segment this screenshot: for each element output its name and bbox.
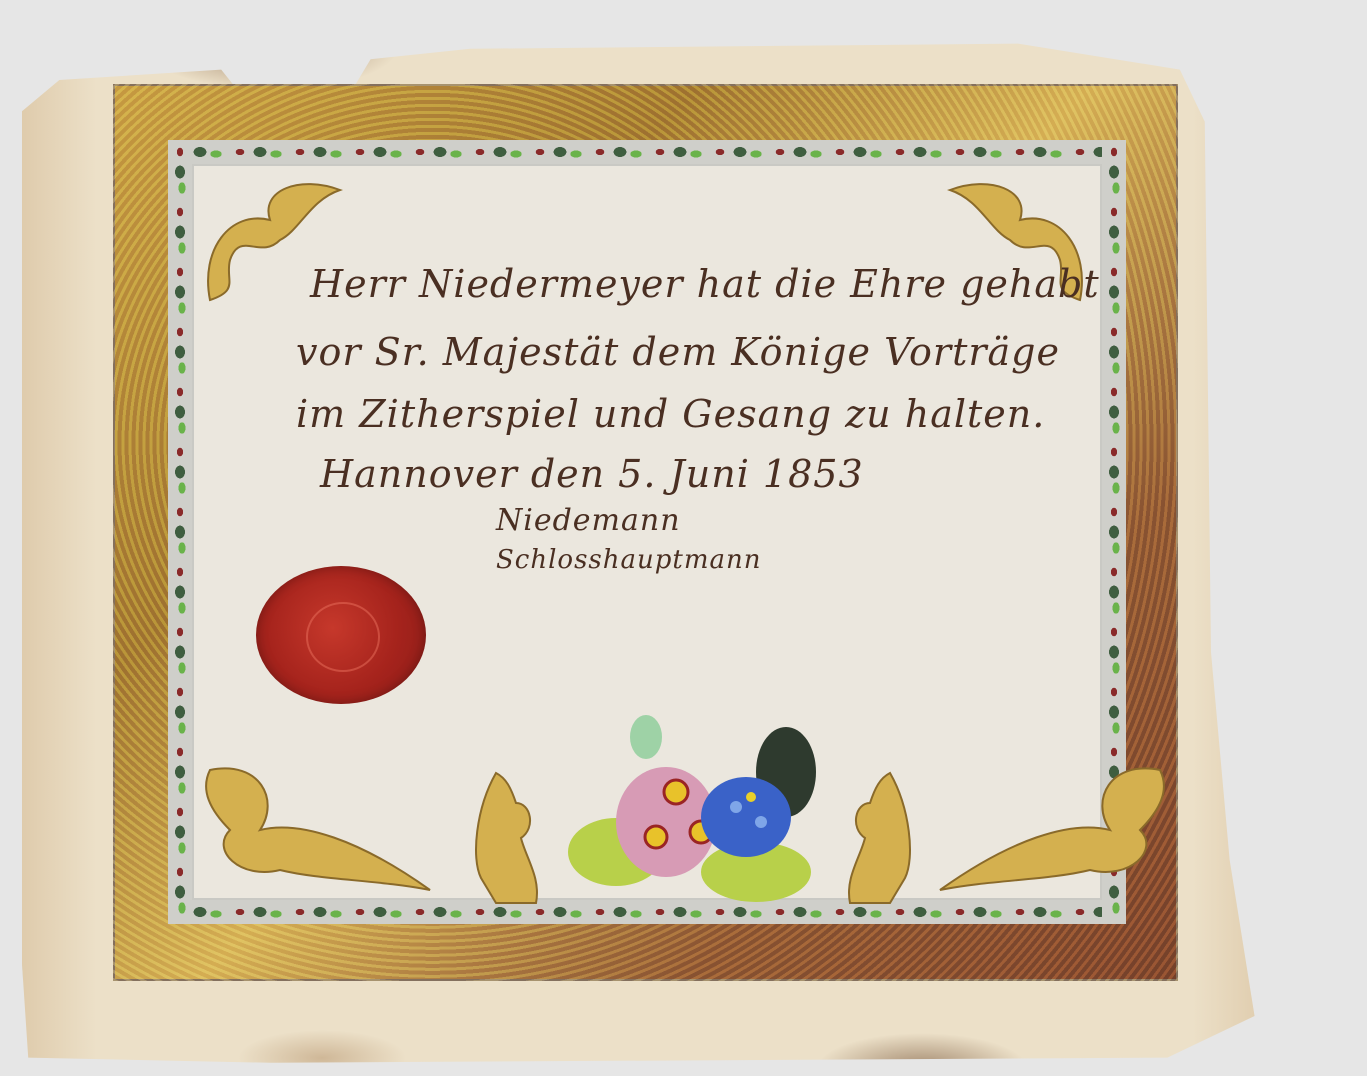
certificate-line-1: Herr Niedermeyer hat die Ehre gehabt	[310, 262, 1100, 306]
signature-title: Schlosshauptmann	[496, 545, 762, 575]
gold-scroll-ornament-bottom-left	[200, 760, 440, 900]
certificate-date-line: Hannover den 5. Juni 1853	[320, 452, 864, 496]
flower-bouquet	[566, 712, 826, 912]
gold-scroll-ornament-bottom-right	[930, 760, 1170, 900]
certificate-line-2: vor Sr. Majestät dem Könige Vorträge	[296, 330, 1060, 374]
gold-angel-figure-right	[840, 768, 920, 908]
vine-border-top	[168, 140, 1126, 164]
signature: Niedemann	[496, 503, 681, 538]
certificate-line-3: im Zitherspiel und Gesang zu halten.	[296, 392, 1045, 436]
red-wax-seal	[256, 566, 426, 704]
gold-angel-figure-left	[466, 768, 546, 908]
vine-border-left	[168, 140, 192, 924]
